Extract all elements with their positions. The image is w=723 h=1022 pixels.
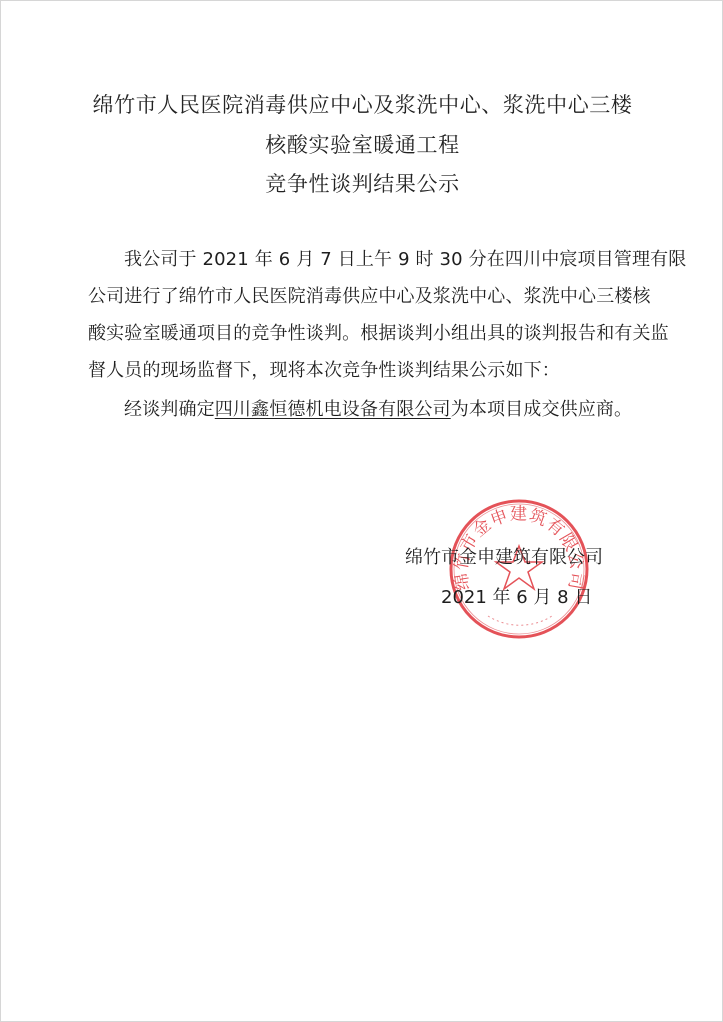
document-page: 绵竹市人民医院消毒供应中心及浆洗中心、浆洗中心三楼 核酸实验室暖通工程 竞争性谈… <box>0 0 723 1022</box>
title-line-3: 竞争性谈判结果公示 <box>1 171 723 197</box>
winning-supplier: 四川鑫恒德机电设备有限公司 <box>215 399 451 420</box>
paragraph-2-suffix: 为本项目成交供应商。 <box>451 399 633 420</box>
title-line-2: 核酸实验室暖通工程 <box>1 132 723 158</box>
paragraph-1-line-3: 酸实验室暖通项目的竞争性谈判。根据谈判小组出具的谈判报告和有关监 <box>88 322 658 346</box>
signature-date: 2021 年 6 月 8 日 <box>441 586 592 610</box>
signature-company: 绵竹市金申建筑有限公司 <box>405 546 603 570</box>
paragraph-2-prefix: 经谈判确定 <box>124 399 215 420</box>
paragraph-1-line-1: 我公司于 2021 年 6 月 7 日上午 9 时 30 分在四川中宸项目管理有… <box>124 248 694 272</box>
title-line-1: 绵竹市人民医院消毒供应中心及浆洗中心、浆洗中心三楼 <box>1 92 723 118</box>
paragraph-2: 经谈判确定四川鑫恒德机电设备有限公司为本项目成交供应商。 <box>124 398 694 422</box>
paragraph-1-line-4: 督人员的现场监督下，现将本次竞争性谈判结果公示如下： <box>88 359 658 383</box>
paragraph-1-line-2: 公司进行了绵竹市人民医院消毒供应中心及浆洗中心、浆洗中心三楼核 <box>88 285 658 309</box>
